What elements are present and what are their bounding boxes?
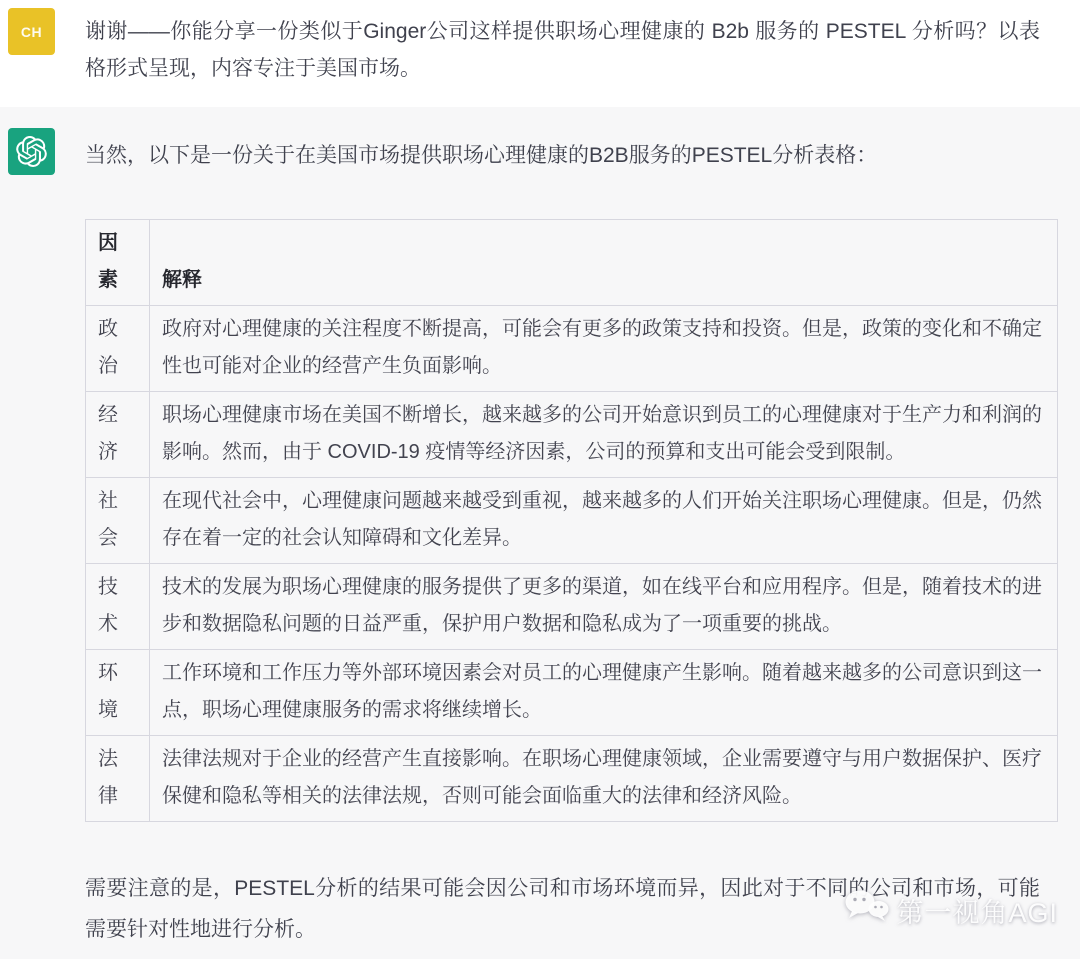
factor-cell: 技术 <box>86 564 150 650</box>
explanation-cell: 在现代社会中，心理健康问题越来越受到重视，越来越多的人们开始关注职场心理健康。但… <box>150 478 1058 564</box>
factor-cell: 环境 <box>86 650 150 736</box>
table-row: 环境 工作环境和工作压力等外部环境因素会对员工的心理健康产生影响。随着越来越多的… <box>86 650 1058 736</box>
table-row: 社会 在现代社会中，心理健康问题越来越受到重视，越来越多的人们开始关注职场心理健… <box>86 478 1058 564</box>
explanation-cell: 政府对心理健康的关注程度不断提高，可能会有更多的政策支持和投资。但是，政策的变化… <box>150 306 1058 392</box>
explanation-cell: 职场心理健康市场在美国不断增长，越来越多的公司开始意识到员工的心理健康对于生产力… <box>150 392 1058 478</box>
user-avatar: CH <box>8 8 55 55</box>
factor-cell: 法律 <box>86 736 150 822</box>
table-row: 政治 政府对心理健康的关注程度不断提高，可能会有更多的政策支持和投资。但是，政策… <box>86 306 1058 392</box>
table-header-explanation: 解释 <box>150 220 1058 306</box>
table-header-factor: 因素 <box>86 220 150 306</box>
explanation-cell: 工作环境和工作压力等外部环境因素会对员工的心理健康产生影响。随着越来越多的公司意… <box>150 650 1058 736</box>
openai-logo-icon <box>16 136 47 167</box>
table-row: 技术 技术的发展为职场心理健康的服务提供了更多的渠道，如在线平台和应用程序。但是… <box>86 564 1058 650</box>
user-message: CH 谢谢——你能分享一份类似于Ginger公司这样提供职场心理健康的 B2b … <box>0 0 1080 107</box>
chat-conversation: CH 谢谢——你能分享一份类似于Ginger公司这样提供职场心理健康的 B2b … <box>0 0 1080 959</box>
assistant-outro-text: 需要注意的是，PESTEL分析的结果可能会因公司和市场环境而异，因此对于不同的公… <box>85 868 1040 950</box>
table-row: 法律 法律法规对于企业的经营产生直接影响。在职场心理健康领域，企业需要遵守与用户… <box>86 736 1058 822</box>
factor-cell: 社会 <box>86 478 150 564</box>
table-row: 经济 职场心理健康市场在美国不断增长，越来越多的公司开始意识到员工的心理健康对于… <box>86 392 1058 478</box>
table-header-row: 因素 解释 <box>86 220 1058 306</box>
pestel-table: 因素 解释 政治 政府对心理健康的关注程度不断提高，可能会有更多的政策支持和投资… <box>85 219 1058 822</box>
factor-cell: 经济 <box>86 392 150 478</box>
assistant-intro-text: 当然，以下是一份关于在美国市场提供职场心理健康的B2B服务的PESTEL分析表格… <box>85 128 1040 174</box>
factor-cell: 政治 <box>86 306 150 392</box>
explanation-cell: 法律法规对于企业的经营产生直接影响。在职场心理健康领域，企业需要遵守与用户数据保… <box>150 736 1058 822</box>
assistant-message: 当然，以下是一份关于在美国市场提供职场心理健康的B2B服务的PESTEL分析表格… <box>0 107 1080 959</box>
explanation-cell: 技术的发展为职场心理健康的服务提供了更多的渠道，如在线平台和应用程序。但是，随着… <box>150 564 1058 650</box>
assistant-avatar <box>8 128 55 175</box>
user-message-text: 谢谢——你能分享一份类似于Ginger公司这样提供职场心理健康的 B2b 服务的… <box>85 8 1040 87</box>
